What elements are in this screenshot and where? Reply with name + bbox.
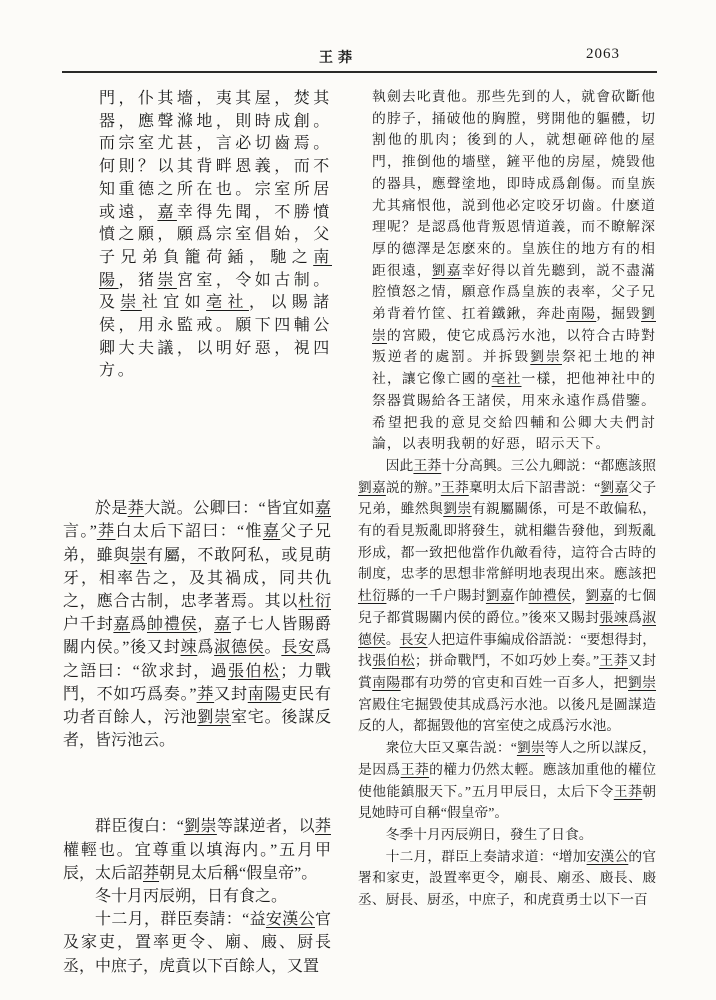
text-run: 又封	[214, 686, 248, 703]
proper-noun-underline: 王莽	[441, 480, 469, 495]
proper-noun-underline: 亳社	[492, 371, 522, 386]
text-run: 户千封	[63, 616, 113, 633]
text-run: 群臣復白：“	[95, 818, 184, 835]
proper-noun-underline: 嘉	[113, 616, 130, 633]
text-run: 言。”	[63, 523, 97, 540]
text-run: 白太后下詔曰：“惟	[116, 523, 263, 540]
proper-noun-underline: 竦	[181, 639, 198, 656]
text-run: 社宜如	[142, 294, 206, 311]
proper-noun-underline: 張伯松	[228, 663, 280, 680]
proper-noun-underline: 劉嘉	[358, 480, 386, 495]
text-run: 爲	[130, 616, 147, 633]
proper-noun-underline: 劉崇	[443, 501, 471, 516]
text-run: ，掘毀	[596, 306, 641, 321]
proper-noun-underline: 崇	[130, 547, 147, 564]
proper-noun-underline: 劉嘉	[600, 480, 628, 495]
text-run: 十分高興。三公九卿説：“都應該照	[441, 458, 656, 473]
text-run: 。	[265, 639, 282, 656]
proper-noun-underline: 嘉	[315, 500, 331, 517]
text-run: 於是	[95, 500, 128, 517]
proper-noun-underline: 杜衍	[298, 593, 331, 610]
text-run: 等謀逆者，以	[217, 818, 315, 835]
proper-noun-underline: 劉崇	[530, 349, 562, 364]
text-run: 衆位大臣又稟告説：“	[386, 740, 517, 755]
proper-noun-underline: 王莽	[614, 784, 642, 799]
text-run: 爲	[628, 610, 642, 625]
text-run: 十二月，群臣上奏請求道：“增加	[386, 849, 587, 864]
text-run: 因此	[386, 458, 414, 473]
proper-noun-underline: 劉崇	[184, 818, 217, 835]
text-run: 十二月，群臣奏請：“益	[95, 911, 266, 928]
proper-noun-underline: 劉崇	[517, 740, 545, 755]
proper-noun-underline: 淑德侯	[214, 639, 264, 656]
book-page: 王莽 2063 門，仆其墻，夷其屋，焚其器，應聲滌地，則時成創。而宗室尤甚，言必…	[0, 0, 716, 1000]
text-run: ，猪	[118, 272, 157, 289]
paragraph: 執劍去叱責他。那些先到的人，就會砍斷他的脖子，捅破他的胸膛，劈開他的軀體，切割他…	[372, 86, 656, 455]
text-run: 作	[514, 588, 528, 603]
proper-noun-underline: 張伯松	[372, 653, 415, 668]
proper-noun-underline: 杜衍	[358, 588, 386, 603]
text-run: 冬季十月丙辰朔日，發生了日食。	[386, 827, 593, 842]
proper-noun-underline: 安漢公	[266, 911, 315, 928]
proper-noun-underline: 嘉	[214, 616, 231, 633]
proper-noun-underline: 安漢公	[587, 849, 629, 864]
proper-noun-underline: 劉崇	[197, 709, 231, 726]
translation-text-column: 執劍去叱責他。那些先到的人，就會砍斷他的脖子，捅破他的胸膛，劈開他的軀體，切割他…	[358, 86, 656, 911]
text-run: ；拼命戰鬥，不如巧妙上奏。”	[415, 653, 599, 668]
text-run: ，	[571, 588, 585, 603]
proper-noun-underline: 張竦	[600, 610, 628, 625]
proper-noun-underline: 帥禮侯	[529, 588, 572, 603]
text-run: 宮殿住宅掘毀使其成爲污水池。以後凡是圖謀造反的人，都掘毀他的宮室使之成爲污水池。	[358, 697, 656, 734]
text-run: 大説。公卿曰：“皆宜如	[144, 500, 315, 517]
paragraph: 因此王莽十分高興。三公九卿説：“都應該照劉嘉説的辦。”王莽稟明太后下詔書説：“劉…	[358, 455, 656, 737]
original-text-column: 門，仆其墻，夷其屋，焚其器，應聲滌地，則時成創。而宗室尤甚，言必切齒焉。何則？以…	[63, 88, 331, 978]
proper-noun-underline: 王莽	[413, 458, 441, 473]
text-run: 執劍去叱責他。那些先到的人，就會砍斷他的脖子，捅破他的胸膛，劈開他的軀體，切割他…	[372, 89, 656, 278]
paragraph: 於是莽大説。公卿曰：“皆宜如嘉言。”莽白太后下詔曰：“惟嘉父子兄弟，雖與崇有屬，…	[63, 497, 331, 752]
proper-noun-underline: 莽	[97, 523, 116, 540]
paragraph: 十二月，群臣上奏請求道：“增加安漢公的官署和家吏，設置率更令，廟長、廟丞、廄長、…	[358, 846, 656, 911]
proper-noun-underline: 劉嘉	[432, 263, 462, 278]
proper-noun-underline: 嘉	[263, 523, 280, 540]
proper-noun-underline: 劉嘉	[486, 588, 514, 603]
header-divider	[62, 71, 657, 73]
proper-noun-underline: 崇	[157, 272, 176, 289]
proper-noun-underline: 長安	[400, 632, 428, 647]
text-run: 郡有功勞的官吏和百姓一百多人，把	[401, 675, 628, 690]
text-run: 朝見太后稱“假皇帝”。	[159, 865, 317, 882]
proper-noun-underline: 南陽	[372, 675, 400, 690]
text-run: 門，仆其墻，夷其屋，焚其器，應聲滌地，則時成創。而宗室尤甚，言必切齒焉。何則？以…	[99, 90, 332, 221]
proper-noun-underline: 南陽	[566, 306, 596, 321]
proper-noun-underline: 莽	[197, 686, 215, 703]
paragraph: 群臣復白：“劉崇等謀逆者，以莽權輕也。宜尊重以填海内。”五月甲辰，太后詔莽朝見太…	[63, 815, 331, 885]
paragraph: 冬十月丙辰朔，日有食之。	[63, 885, 331, 908]
text-run: 。	[386, 632, 400, 647]
paragraph: 門，仆其墻，夷其屋，焚其器，應聲滌地，則時成創。而宗室尤甚，言必切齒焉。何則？以…	[99, 88, 332, 383]
proper-noun-underline: 帥禮侯	[147, 616, 197, 633]
proper-noun-underline: 亳社	[206, 294, 249, 311]
proper-noun-underline: 莽	[143, 865, 159, 882]
text-run: ，	[197, 616, 214, 633]
paragraph: 冬季十月丙辰朔日，發生了日食。	[358, 824, 656, 846]
proper-noun-underline: 王莽	[401, 762, 429, 777]
text-run: 冬十月丙辰朔，日有食之。	[95, 888, 287, 905]
text-run: 爲	[197, 639, 214, 656]
paragraph: 衆位大臣又稟告説：“劉崇等人之所以謀反，是因爲王莽的權力仍然太輕。應該加重他的權…	[358, 737, 656, 824]
proper-noun-underline: 莽	[128, 500, 144, 517]
page-number: 2063	[586, 46, 620, 63]
text-run: 説的辦。”	[386, 480, 441, 495]
proper-noun-underline: 南陽	[248, 686, 282, 703]
text-run: 縣的一千户賜封	[386, 588, 485, 603]
proper-noun-underline: 長安	[281, 639, 315, 656]
proper-noun-underline: 莽	[315, 818, 331, 835]
proper-noun-underline: 嘉	[157, 204, 176, 221]
proper-noun-underline: 崇	[120, 294, 141, 311]
text-run: 稟明太后下詔書説：“	[469, 480, 600, 495]
paragraph: 十二月，群臣奏請：“益安漢公官及家吏，置率更令、廟、廄、厨長丞，中庶子，虎賁以下…	[63, 908, 331, 978]
proper-noun-underline: 劉崇	[628, 675, 656, 690]
proper-noun-underline: 劉嘉	[585, 588, 613, 603]
page-title: 王莽	[0, 47, 676, 67]
proper-noun-underline: 王莽	[599, 653, 628, 668]
